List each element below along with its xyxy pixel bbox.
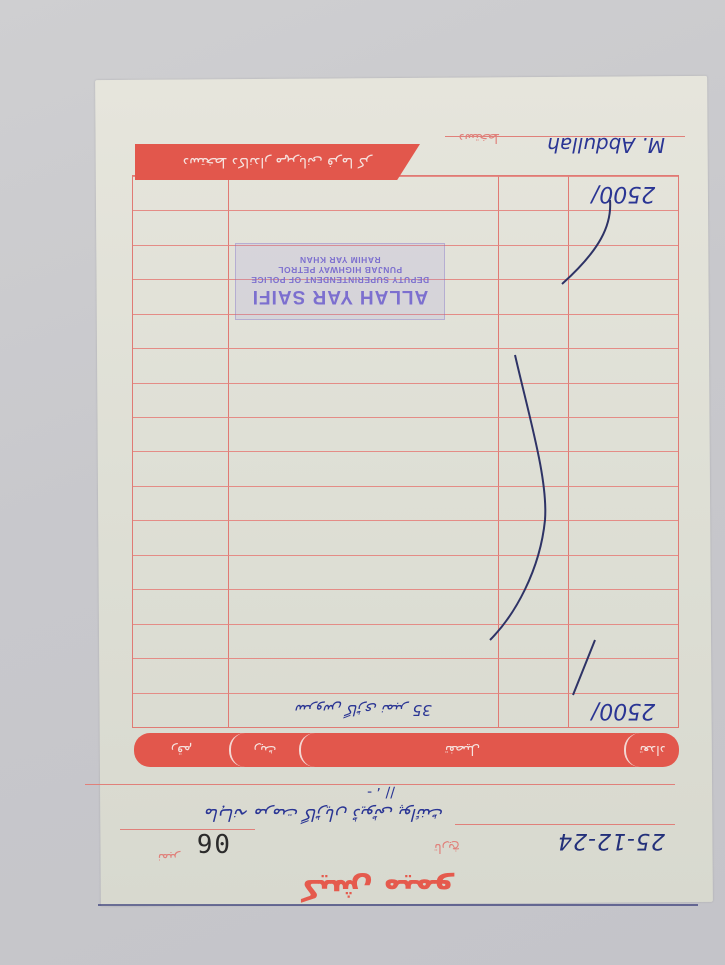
cell-rate <box>498 589 568 623</box>
table-header-band: تعداد تفصیل ریٹ رقم <box>134 733 679 767</box>
signature-name: M. Abdullah <box>547 133 665 157</box>
cell-rate <box>498 486 568 520</box>
total-amount: 2500/ <box>569 177 678 210</box>
cell-description <box>228 520 498 554</box>
cell-amount <box>568 279 678 313</box>
cell-description: سروس گاڑی نمبر 35 <box>228 693 498 727</box>
cash-memo-rotated: کیش میمو نمبر 06 تاریخ 25-12-24 ماہانہ م… <box>0 0 725 965</box>
cell-description <box>228 210 498 244</box>
cell-quantity <box>133 383 228 417</box>
cell-quantity <box>133 348 228 382</box>
cell-amount <box>568 452 678 486</box>
row-1-description: سروس گاڑی نمبر 35 <box>229 694 498 727</box>
cell-rate <box>498 520 568 554</box>
header-quantity: تعداد <box>624 733 679 767</box>
cell-description <box>228 417 498 451</box>
serial-label: نمبر <box>158 850 180 865</box>
cell-quantity <box>133 555 228 589</box>
cell-amount <box>568 245 678 279</box>
cell-rate <box>498 658 568 692</box>
cell-quantity <box>133 486 228 520</box>
serial-number: 06 <box>195 827 230 857</box>
cell-amount <box>568 555 678 589</box>
date-value: 25-12-24 <box>557 828 665 853</box>
date-underline <box>455 824 675 825</box>
memo-title: کیش میمو <box>277 857 477 907</box>
cell-amount <box>568 520 678 554</box>
cell-amount <box>568 348 678 382</box>
cell-quantity <box>133 210 228 244</box>
cell-quantity <box>133 279 228 313</box>
cell-description <box>228 176 498 210</box>
row-1-amount: 2500/ <box>569 694 678 727</box>
cell-description <box>228 658 498 692</box>
official-stamp: ALLAH YAR SAIFI DEPUTY SUPERINTENDENT OF… <box>235 243 445 320</box>
cell-description <box>228 555 498 589</box>
header-rate: ریٹ <box>229 733 299 767</box>
cell-quantity <box>133 589 228 623</box>
cell-rate <box>498 210 568 244</box>
cell-description <box>228 624 498 658</box>
cell-description <box>228 383 498 417</box>
cell-quantity <box>133 245 228 279</box>
cell-quantity <box>133 520 228 554</box>
date-label: تاریخ <box>434 840 460 855</box>
cell-quantity <box>133 658 228 692</box>
cell-rate <box>498 176 568 210</box>
cell-rate <box>498 279 568 313</box>
cell-description <box>228 486 498 520</box>
cell-quantity <box>133 417 228 451</box>
header-amount: رقم <box>134 733 229 767</box>
signature-label: دستخط <box>459 130 500 145</box>
cell-rate <box>498 245 568 279</box>
stamp-department: PUNJAB HIGHWAY PETROL <box>236 266 444 276</box>
cell-amount <box>568 417 678 451</box>
customer-address-continuation: // ، - <box>367 784 395 800</box>
cell-description <box>228 452 498 486</box>
cell-quantity <box>133 314 228 348</box>
cell-rate <box>498 624 568 658</box>
cell-amount <box>568 486 678 520</box>
cell-amount <box>568 658 678 692</box>
stamp-designation: DEPUTY SUPERINTENDENT OF POLICE <box>236 276 444 286</box>
cell-amount: 2500/ <box>568 693 678 727</box>
cell-rate <box>498 348 568 382</box>
stamp-location: RAHIM YAR KHAN <box>236 256 444 266</box>
cell-quantity <box>133 693 228 727</box>
cell-rate <box>498 417 568 451</box>
cell-amount <box>568 589 678 623</box>
cell-rate <box>498 314 568 348</box>
cell-quantity <box>133 452 228 486</box>
cell-rate <box>498 555 568 589</box>
cell-rate <box>498 452 568 486</box>
cell-amount <box>568 210 678 244</box>
cell-amount <box>568 314 678 348</box>
cell-amount <box>568 383 678 417</box>
address-underline <box>85 784 675 785</box>
cell-description <box>228 589 498 623</box>
customer-address: ماہانہ مرمت گاڑیاں ڈیوٹی پوائنٹ <box>205 804 475 825</box>
cell-rate <box>498 693 568 727</box>
footer-signature-band: دستخط دکاندار مہربانی فرما کر <box>135 144 420 180</box>
cell-quantity <box>133 624 228 658</box>
stamp-name: ALLAH YAR SAIFI <box>236 286 444 308</box>
cell-amount <box>568 624 678 658</box>
cell-quantity <box>133 176 228 210</box>
cell-rate <box>498 383 568 417</box>
cell-total-amount: 2500/ <box>568 176 678 210</box>
header-description: تفصیل <box>299 733 624 767</box>
cell-description <box>228 348 498 382</box>
serial-underline <box>120 829 255 830</box>
